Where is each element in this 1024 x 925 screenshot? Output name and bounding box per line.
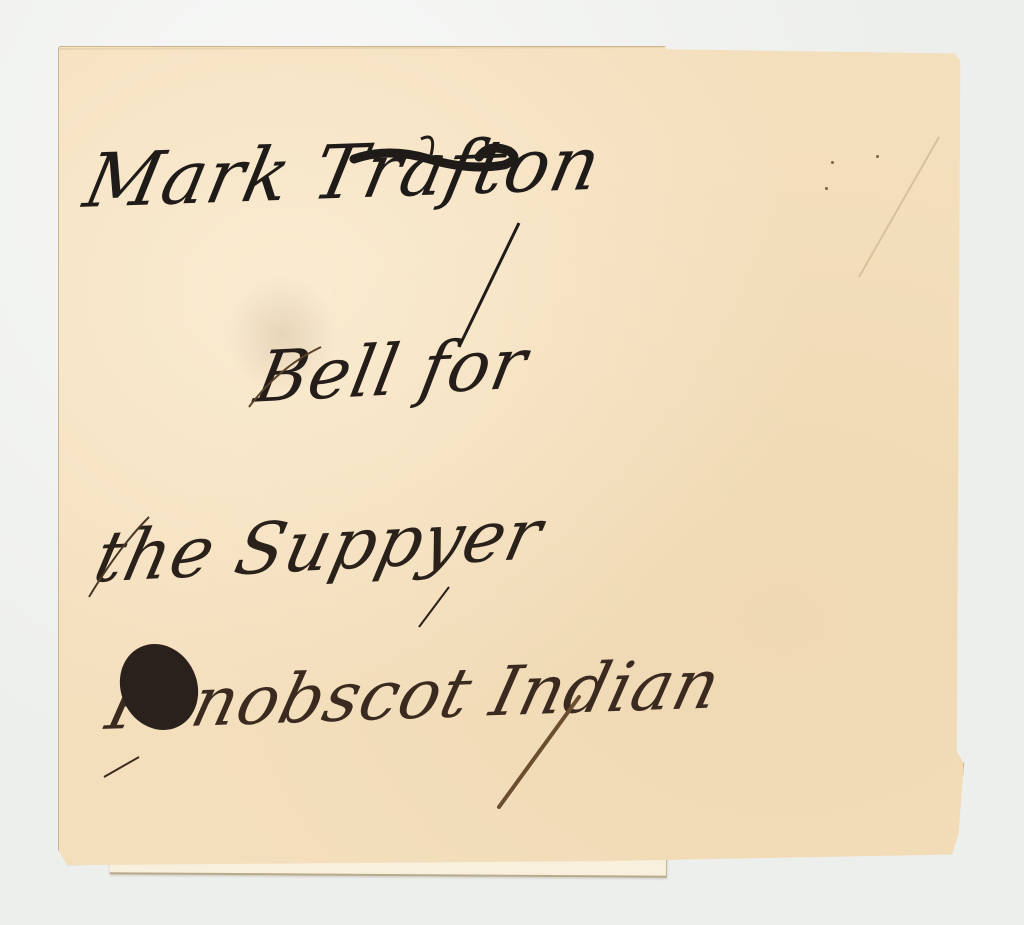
handwriting-area: Mark Trafton Bell for the Suppyer Penobs… bbox=[59, 47, 963, 865]
handwritten-line-the-suppyer: the Suppyer bbox=[87, 493, 551, 599]
handwritten-line-bell-for: Bell for bbox=[249, 322, 534, 419]
handwritten-line-penobscot-indian: Penobscot Indian bbox=[99, 645, 729, 746]
handwritten-note: Mark Trafton Bell for the Suppyer Penobs… bbox=[58, 46, 964, 866]
handwritten-line-name: Mark Trafton bbox=[77, 120, 609, 225]
